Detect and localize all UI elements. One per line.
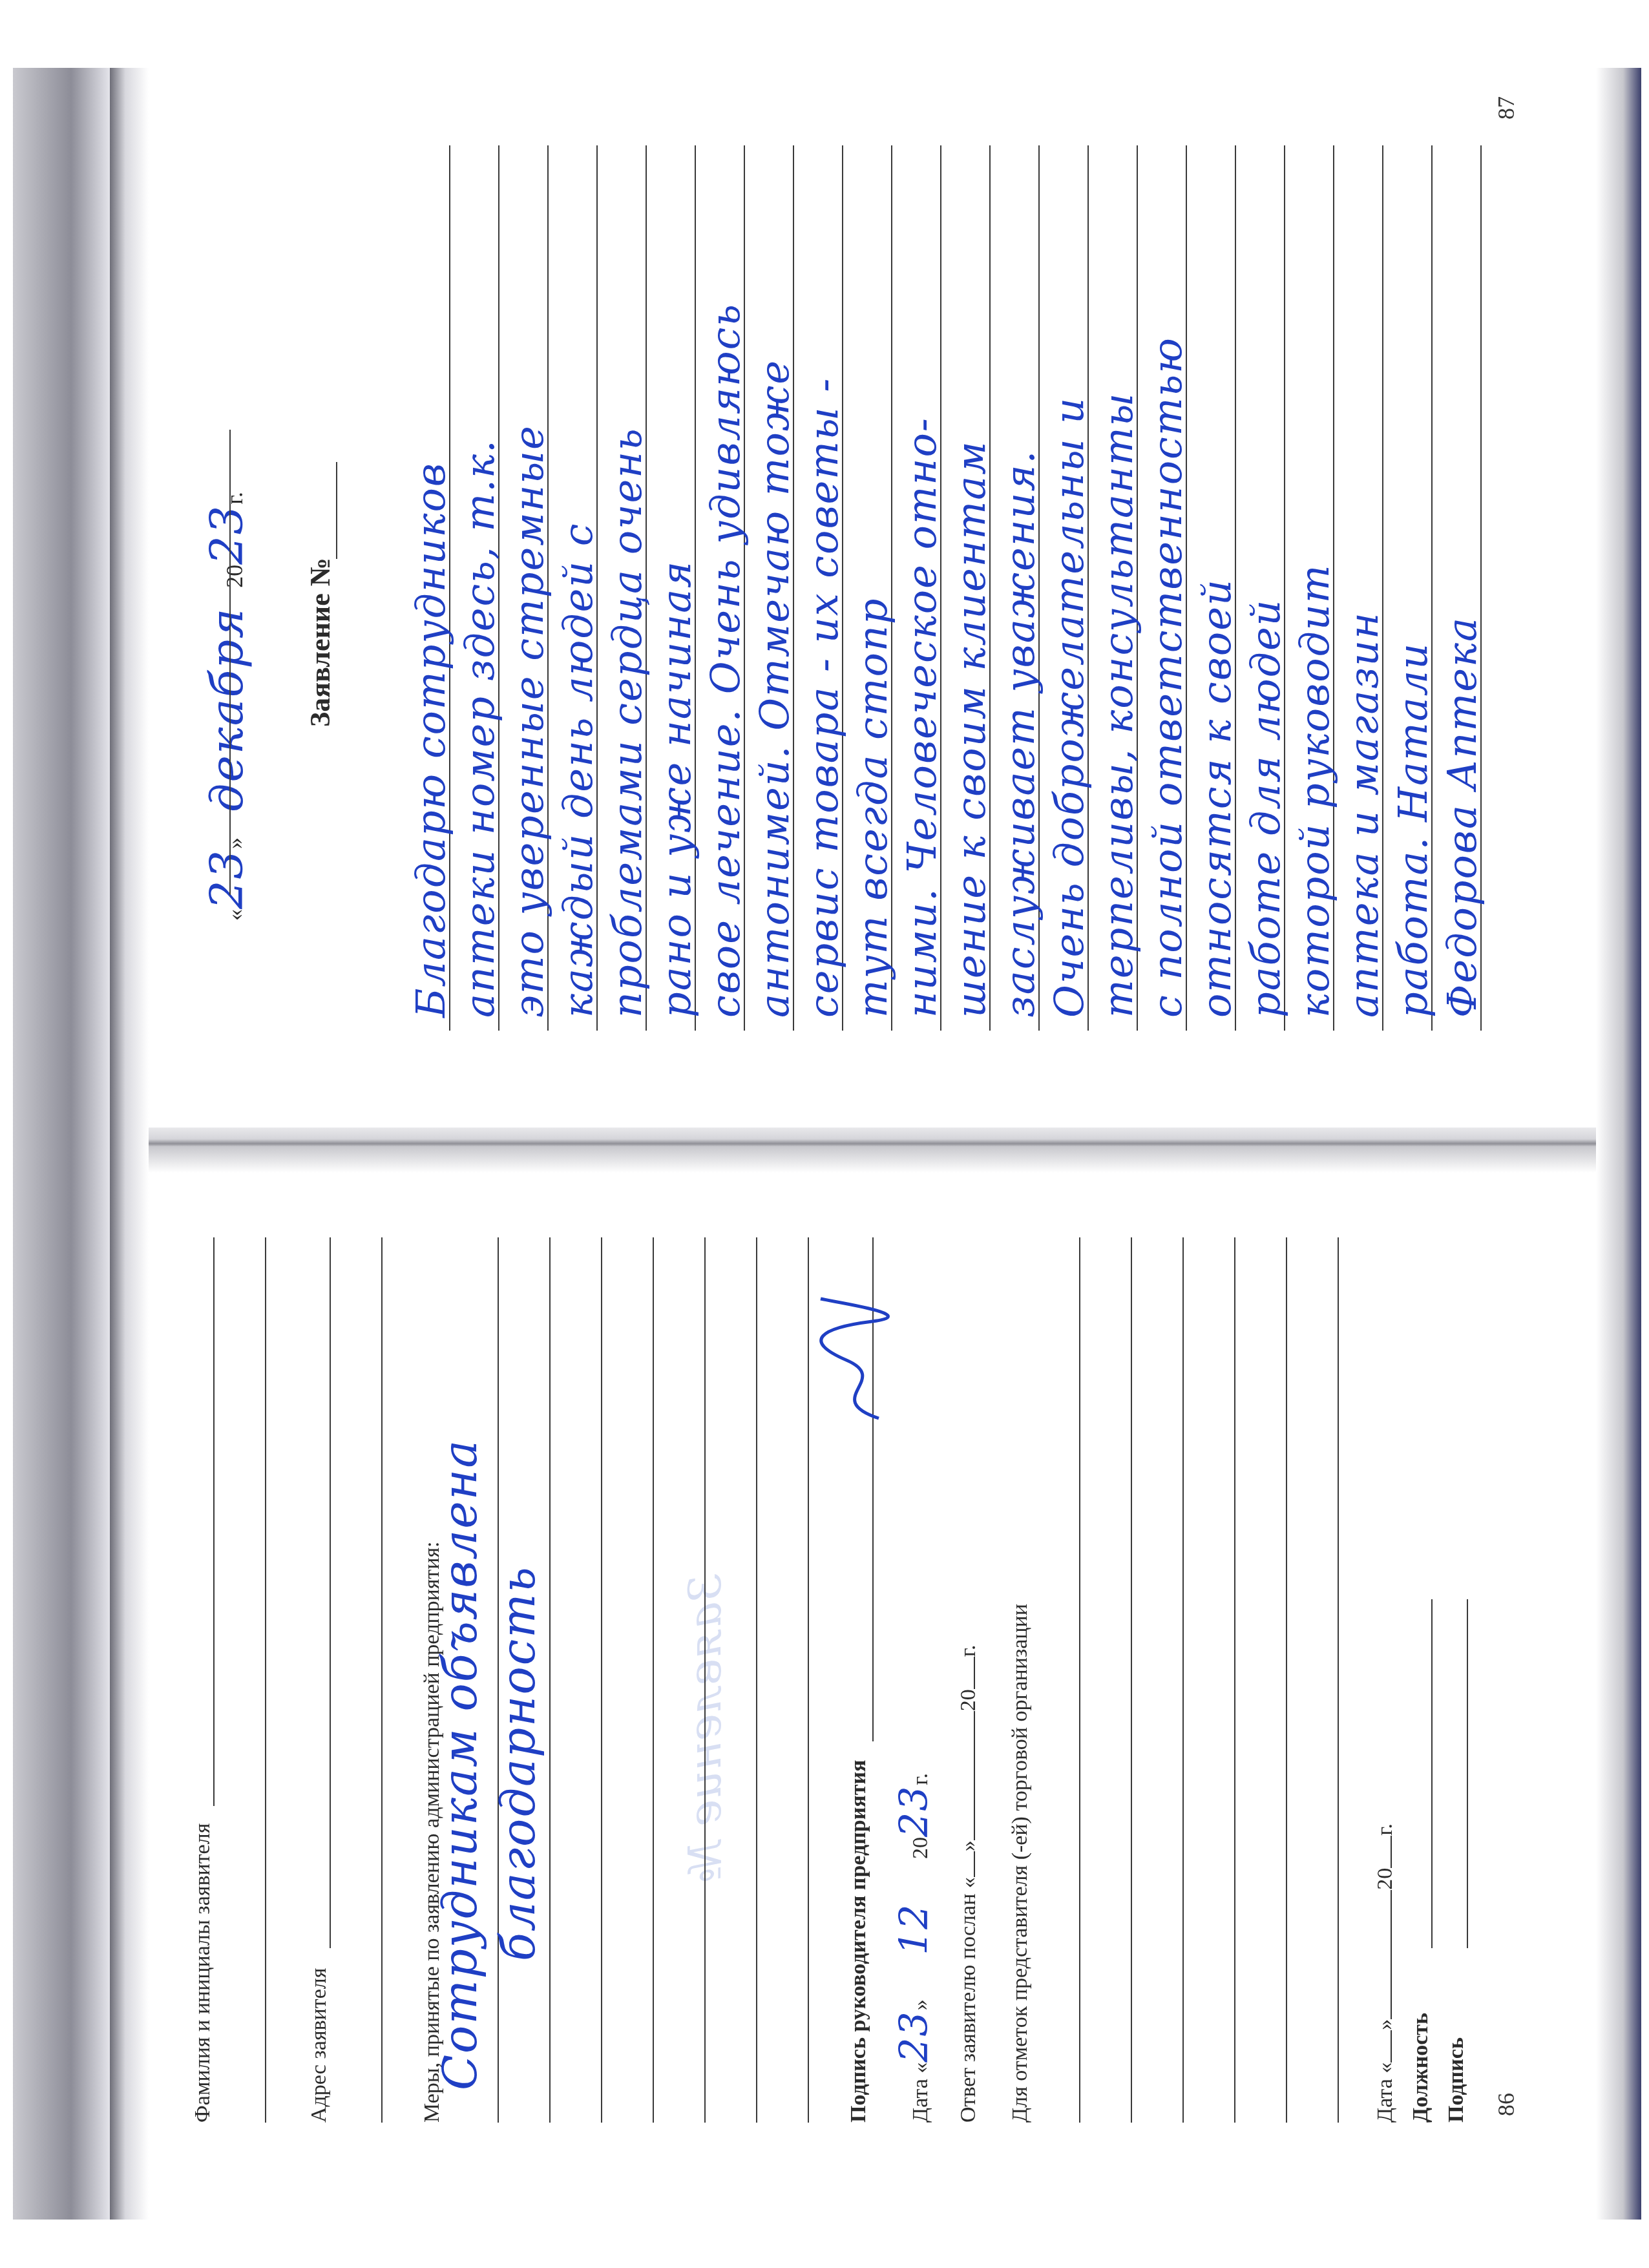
decision-date-day: 23 [892,2010,937,2062]
reply-sent-row: Ответ заявителю послан «»20г. [956,1645,981,2123]
decision-date-year: 23 [892,1785,937,1837]
statement-handwritten-line: которой руководит [1291,563,1338,1018]
statement-handwritten-line: Очень доброжелательны и [1045,397,1093,1018]
statement-handwritten-line: относятся к своей [1193,578,1240,1018]
statement-handwritten-line: работе для людей [1242,598,1289,1018]
reply-day-field[interactable] [974,1851,975,1877]
measures-handwritten-2: благодарность [491,1566,545,1961]
applicant-address-field[interactable] [330,1237,331,1948]
applicant-name-label: Фамилия и инициалы заявителя [191,1823,215,2123]
statement-handwritten-line: каждый день людей с [554,522,602,1018]
page-number-87: 87 [1493,96,1520,120]
reply-month-field[interactable] [974,1711,975,1840]
statement-handwritten-line: аптека и магазин [1340,611,1387,1018]
book-edge [13,68,110,2220]
signature-mark [808,1296,905,1425]
statement-handwritten-line: антонимей. Отмечаю тоже [751,359,798,1018]
statement-date-field[interactable] [229,430,231,895]
page-stack-edge [110,68,149,2220]
statement-title: Заявление № [304,558,337,727]
cover-edge [1596,68,1641,2220]
page-number-86: 86 [1493,2093,1520,2116]
decision-date-month: 12 [892,1904,937,1955]
measures-handwritten-1: Сотрудникам объявлена [433,1439,487,2090]
applicant-address-field-line2[interactable] [381,1237,383,2123]
statement-handwritten-line: проблемами сердца очень [604,427,651,1018]
statement-handwritten-line: Федорова Аптека [1438,616,1486,1018]
statement-handwritten-line: с полной ответственностью [1144,337,1191,1018]
statement-date-day: 23 [200,849,253,909]
applicant-name-field-line2[interactable] [265,1237,266,2123]
applicant-address-label: Адрес заявителя [307,1968,331,2123]
statement-handwritten-line: заслуживает уважения. [996,450,1044,1018]
measures-line-6[interactable] [756,1237,757,2123]
rep-year-field[interactable] [1391,1836,1392,1868]
statement-date-month: декабря [200,607,253,812]
head-signature-label: Подпись руководителя предприятия [846,1760,871,2123]
measures-line-3[interactable] [601,1237,602,2123]
measures-line-5[interactable] [704,1237,706,2123]
statement-handwritten-line: сервис товара - их советы - [800,377,847,1018]
measures-line-2[interactable] [549,1237,551,2123]
notes-line-5[interactable] [1286,1237,1287,2123]
notes-line-4[interactable] [1234,1237,1235,2123]
position-field[interactable] [1431,1599,1433,1948]
rep-month-field[interactable] [1391,1890,1392,2019]
statement-handwritten-line: Благодарю сотрудников [407,462,454,1018]
statement-handwritten-line: тут всегда стопр [849,597,896,1018]
statement-handwritten-line: ними. Человеческое отно- [898,417,945,1018]
rep-date-row: Дата «»20г. [1373,1823,1398,2123]
decision-date: Дата «23» 12 2023г. [892,1773,937,2123]
position-label: Должность [1409,2013,1433,2123]
signature-field[interactable] [1467,1599,1468,1948]
statement-date-row: «23» декабря2023г. [200,492,253,921]
notes-line-1[interactable] [1079,1237,1080,2123]
notes-line-6[interactable] [1338,1237,1339,2123]
statement-handwritten-line: терпеливы, консультанты [1095,392,1142,1018]
page-87: «23» декабря2023г. Заявление № Благодарю… [110,68,1641,1128]
signature-label: Подпись [1444,2037,1469,2123]
page-86: Заявление № Фамилия и инициалы заявителя… [110,1160,1641,2220]
statement-handwritten-line: это уверенные стремные [505,425,552,1018]
org-rep-notes-label: Для отметок представителя (-ей) торговой… [1008,1604,1033,2123]
notes-line-2[interactable] [1131,1237,1132,2123]
statement-number-field[interactable] [336,462,337,559]
statement-handwritten-line: работа. Натали [1389,642,1436,1018]
applicant-name-field[interactable] [213,1237,215,1806]
measures-line-4[interactable] [653,1237,654,2123]
rep-day-field[interactable] [1391,2030,1392,2063]
statement-handwritten-line: свое лечение. Очень удивляюсь [702,303,749,1018]
book-spread: Заявление № Фамилия и инициалы заявителя… [110,68,1641,2220]
statement-date-year: 23 [200,505,253,565]
notes-line-3[interactable] [1182,1237,1184,2123]
statement-handwritten-line: рано и уже начиная [653,560,700,1018]
statement-handwritten-line: шение к своим клиентам [947,440,994,1018]
reply-year-field[interactable] [974,1657,975,1689]
statement-handwritten-line: аптеки номер здесь, т.к. [456,439,503,1018]
